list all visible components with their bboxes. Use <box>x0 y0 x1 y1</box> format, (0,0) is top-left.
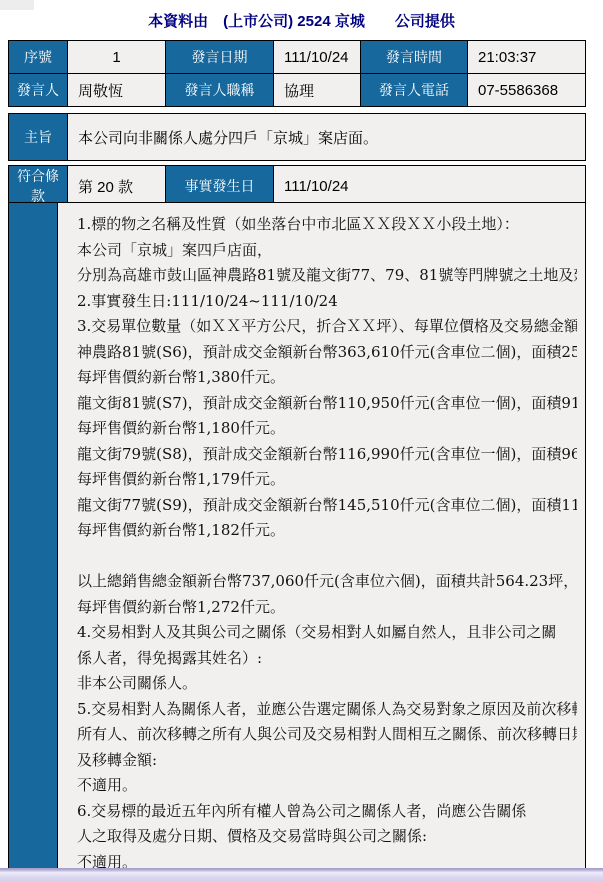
fact-date-label: 事實發生日 <box>166 166 274 207</box>
description-line: 龍文街77號(S9)，預計成交金額新台幣145,510仟元(含車位二個)，面積1… <box>77 493 577 519</box>
table-row: 序號 1 發言日期 111/10/24 發言時間 21:03:37 <box>9 41 586 74</box>
announcement-page: 本資料由 (上市公司) 2524 京城 公司提供 序號 1 發言日期 111/1… <box>0 0 603 881</box>
description-line: 不適用。 <box>77 773 577 799</box>
spokesman-label: 發言人 <box>9 74 68 107</box>
description-line: 以上總銷售總金額新台幣737,060仟元(含車位六個)，面積共計564.23坪， <box>77 569 577 595</box>
description-table: 1.標的物之名稱及性質（如坐落台中市北區ＸＸ段ＸＸ小段土地）：本公司「京城」案四… <box>8 202 586 881</box>
provider-title: 本資料由 (上市公司) 2524 京城 公司提供 <box>0 13 603 31</box>
description-body-cell: 1.標的物之名稱及性質（如坐落台中市北區ＸＸ段ＸＸ小段土地）：本公司「京城」案四… <box>58 203 586 881</box>
description-line: 1.標的物之名稱及性質（如坐落台中市北區ＸＸ段ＸＸ小段土地）： <box>77 212 577 238</box>
speak-date-label: 發言日期 <box>166 41 274 74</box>
description-line: 4.交易相對人及其與公司之關係（交易相對人如屬自然人，且非公司之關 <box>77 620 577 646</box>
description-line: 每坪售價約新台幣1,380仟元。 <box>77 365 577 391</box>
speak-date-value: 111/10/24 <box>274 41 361 74</box>
description-line: 每坪售價約新台幣1,179仟元。 <box>77 467 577 493</box>
description-line: 非本公司關係人。 <box>77 671 577 697</box>
description-line: 每坪售價約新台幣1,272仟元。 <box>77 595 577 621</box>
clause-label: 符合條款 <box>9 166 68 207</box>
clause-value: 第 20 款 <box>68 166 166 207</box>
description-line: 本公司「京城」案四戶店面， <box>77 238 577 264</box>
description-line: 每坪售價約新台幣1,180仟元。 <box>77 416 577 442</box>
description-line: 龍文街81號(S7)，預計成交金額新台幣110,950仟元(含車位一個)，面積9… <box>77 391 577 417</box>
spokesman-info-table: 序號 1 發言日期 111/10/24 發言時間 21:03:37 發言人 周敬… <box>8 40 586 107</box>
phone-value: 07-5586368 <box>468 74 586 107</box>
description-line: 每坪售價約新台幣1,182仟元。 <box>77 518 577 544</box>
seq-value: 1 <box>68 41 166 74</box>
corner-patch <box>0 0 34 10</box>
job-title-label: 發言人職稱 <box>166 74 274 107</box>
description-line: 龍文街79號(S8)，預計成交金額新台幣116,990仟元(含車位一個)，面積9… <box>77 442 577 468</box>
description-line: 5.交易相對人為關係人者，並應公告選定關係人為交易對象之原因及前次移轉之 <box>77 697 577 723</box>
description-line: 分別為高雄市鼓山區神農路81號及龍文街77、79、81號等門牌號之土地及建築物。 <box>77 263 577 289</box>
subject-label: 主旨 <box>9 114 68 161</box>
description-line: 係人者，得免揭露其姓名）: <box>77 646 577 672</box>
table-row: 1.標的物之名稱及性質（如坐落台中市北區ＸＸ段ＸＸ小段土地）：本公司「京城」案四… <box>9 203 586 881</box>
table-row: 符合條款 第 20 款 事實發生日 111/10/24 <box>9 166 586 207</box>
spokesman-value: 周敬恆 <box>68 74 166 107</box>
clause-table: 符合條款 第 20 款 事實發生日 111/10/24 <box>8 165 586 207</box>
description-line: 2.事實發生日:111/10/24~111/10/24 <box>77 289 577 315</box>
description-line <box>77 544 577 570</box>
speak-time-value: 21:03:37 <box>468 41 586 74</box>
bottom-strip <box>0 868 603 881</box>
description-line: 及移轉金額: <box>77 748 577 774</box>
description-text: 1.標的物之名稱及性質（如坐落台中市北區ＸＸ段ＸＸ小段土地）：本公司「京城」案四… <box>77 212 577 875</box>
description-line: 3.交易單位數量（如ＸＸ平方公尺，折合ＸＸ坪）、每單位價格及交易總金額: <box>77 314 577 340</box>
fact-date-value: 111/10/24 <box>274 166 586 207</box>
seq-label: 序號 <box>9 41 68 74</box>
speak-time-label: 發言時間 <box>361 41 468 74</box>
table-row: 主旨 本公司向非關係人處分四戶「京城」案店面。 <box>9 114 586 161</box>
phone-label: 發言人電話 <box>361 74 468 107</box>
description-line: 神農路81號(S6)，預計成交金額新台幣363,610仟元(含車位二個)，面積2… <box>77 340 577 366</box>
description-label-cell <box>9 203 58 881</box>
subject-table: 主旨 本公司向非關係人處分四戶「京城」案店面。 <box>8 113 586 161</box>
job-title-value: 協理 <box>274 74 361 107</box>
subject-value: 本公司向非關係人處分四戶「京城」案店面。 <box>68 114 586 161</box>
description-line: 6.交易標的最近五年內所有權人曾為公司之關係人者，尚應公告關係 <box>77 799 577 825</box>
table-row: 發言人 周敬恆 發言人職稱 協理 發言人電話 07-5586368 <box>9 74 586 107</box>
description-line: 所有人、前次移轉之所有人與公司及交易相對人間相互之關係、前次移轉日期 <box>77 722 577 748</box>
description-line: 人之取得及處分日期、價格及交易當時與公司之關係: <box>77 824 577 850</box>
